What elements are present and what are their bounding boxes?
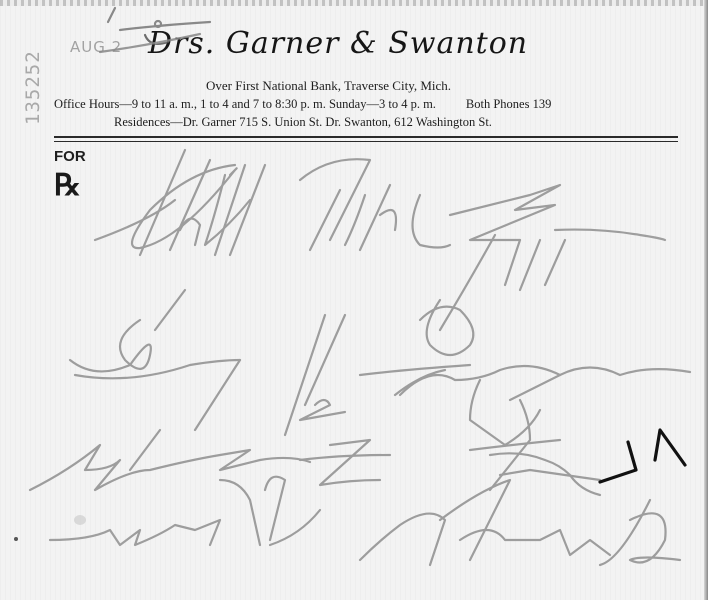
rx-symbol: ℞ bbox=[54, 168, 81, 203]
prescription-sheet: 135252 AUG 2 Drs. Garner & Swanton Over … bbox=[0, 0, 708, 600]
for-label: FOR bbox=[54, 148, 86, 165]
phones: Both Phones 139 bbox=[466, 97, 551, 111]
residences-line: Residences—Dr. Garner 715 S. Union St. D… bbox=[114, 115, 492, 130]
perforated-edge bbox=[0, 0, 708, 6]
date-stamp: AUG 2 bbox=[70, 38, 122, 56]
address-line: Over First National Bank, Traverse City,… bbox=[206, 78, 451, 94]
divider-rule-thin bbox=[54, 141, 678, 142]
paper-edge-shadow bbox=[704, 0, 708, 600]
office-hours-line: Office Hours—9 to 11 a. m., 1 to 4 and 7… bbox=[54, 97, 551, 112]
firm-name: Drs. Garner & Swanton bbox=[148, 26, 568, 61]
office-hours: Office Hours—9 to 11 a. m., 1 to 4 and 7… bbox=[54, 97, 436, 111]
serial-number: 135252 bbox=[18, 38, 48, 138]
paper-stain bbox=[74, 515, 86, 525]
divider-rule bbox=[54, 136, 678, 138]
